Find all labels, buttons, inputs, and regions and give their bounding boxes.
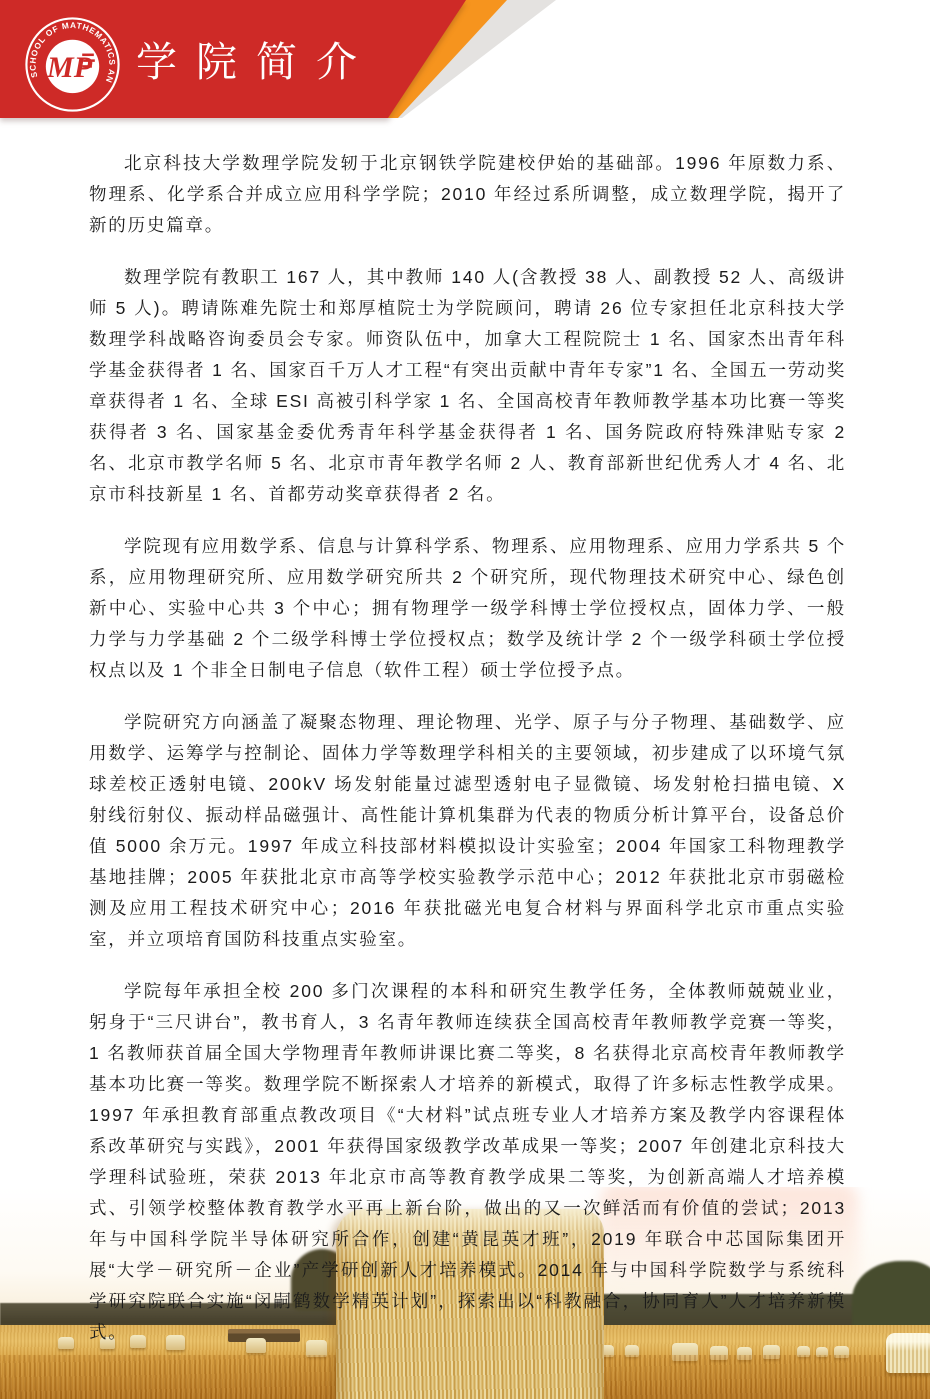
tree-clump-icon — [852, 1261, 930, 1331]
hay-bale-small — [58, 1337, 74, 1349]
paragraph-teaching: 学院每年承担全校 200 多门次课程的本科和研究生教学任务，全体教师兢兢业业，躬… — [89, 976, 846, 1348]
intro-text-block: 北京科技大学数理学院发轫于北京钢铁学院建校伊始的基础部。1996 年原数力系、物… — [89, 148, 846, 1369]
paragraph-research: 学院研究方向涵盖了凝聚态物理、理论物理、光学、原子与分子物理、基础数学、应用数学… — [89, 707, 846, 955]
school-logo-icon: SCHOOL OF MATHEMATICS AND PHYSICS MP — [24, 16, 121, 113]
page-title: 学院简介 — [136, 42, 376, 83]
paragraph-history: 北京科技大学数理学院发轫于北京钢铁学院建校伊始的基础部。1996 年原数力系、物… — [89, 148, 846, 241]
paragraph-faculty: 数理学院有教职工 167 人，其中教师 140 人(含教授 38 人、副教授 5… — [89, 262, 846, 510]
hay-bale-right — [886, 1333, 930, 1373]
header-banner: SCHOOL OF MATHEMATICS AND PHYSICS MP 学院简… — [0, 0, 930, 130]
paragraph-departments: 学院现有应用数学系、信息与计算科学系、物理系、应用物理系、应用力学系共 5 个系… — [89, 531, 846, 686]
